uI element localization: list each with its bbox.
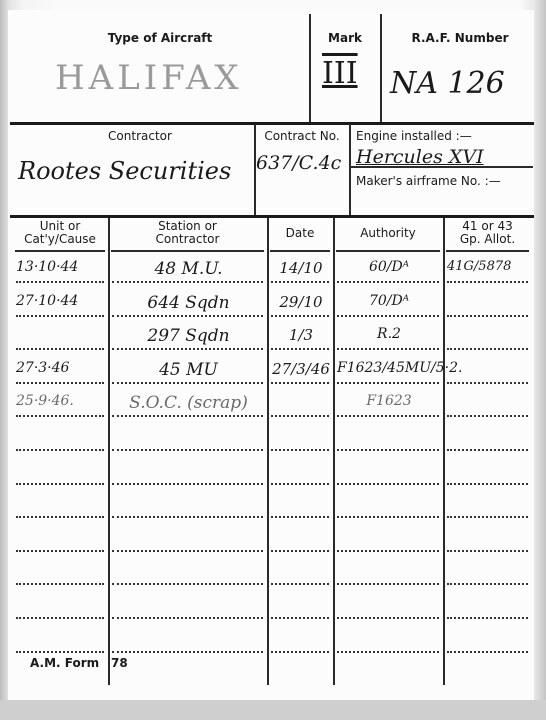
cell-date: 27/3/46 xyxy=(271,360,331,378)
row-dotted-line xyxy=(337,516,439,518)
row-dotted-line xyxy=(447,315,528,317)
column-header-date: Date xyxy=(267,227,333,240)
cell-unit: 27·3·46 xyxy=(16,360,106,376)
column-header-line1: Authority xyxy=(333,227,443,240)
header-underline xyxy=(111,250,264,252)
record-card xyxy=(8,10,534,700)
airframe-no-label: Maker's airframe No. :— xyxy=(356,175,531,188)
mark-label: Mark xyxy=(315,32,375,45)
raf-number-value: NA 126 xyxy=(390,66,505,101)
row-dotted-line xyxy=(271,483,329,485)
row-dotted-line xyxy=(112,382,263,384)
column-header-station: Station orContractor xyxy=(108,220,267,246)
row-dotted-line xyxy=(447,348,528,350)
column-divider xyxy=(443,218,445,685)
row-dotted-line xyxy=(16,315,104,317)
row-dotted-line xyxy=(271,583,329,585)
column-divider xyxy=(333,218,335,685)
cell-unit: 27·10·44 xyxy=(16,293,106,309)
column-header-unit: Unit orCat'y/Cause xyxy=(12,220,108,246)
contract-no-value: 637/C.4c xyxy=(256,152,341,174)
row-dotted-line xyxy=(271,315,329,317)
row-dotted-line xyxy=(16,415,104,417)
header-underline xyxy=(336,250,440,252)
row-dotted-line xyxy=(447,651,528,653)
row-dotted-line xyxy=(112,315,263,317)
row-dotted-line xyxy=(16,651,104,653)
row-dotted-line xyxy=(337,617,439,619)
row-dotted-line xyxy=(16,583,104,585)
row-dotted-line xyxy=(271,651,329,653)
cell-station: 45 MU xyxy=(112,360,265,380)
row-dotted-line xyxy=(271,617,329,619)
row-dotted-line xyxy=(112,617,263,619)
row-dotted-line xyxy=(271,550,329,552)
type-of-aircraft-value: HALIFAX xyxy=(55,58,243,98)
divider-contract-section xyxy=(10,215,534,218)
engine-installed-value: Hercules XVI xyxy=(356,146,484,168)
row-dotted-line xyxy=(16,516,104,518)
row-dotted-line xyxy=(271,415,329,417)
row-dotted-line xyxy=(447,516,528,518)
row-dotted-line xyxy=(112,516,263,518)
column-divider xyxy=(267,218,269,685)
cell-station: 48 M.U. xyxy=(112,259,265,279)
cell-unit: 25·9·46. xyxy=(16,393,106,409)
row-dotted-line xyxy=(337,382,439,384)
row-dotted-line xyxy=(337,315,439,317)
column-header-allotment: 41 or 43Gp. Allot. xyxy=(443,220,532,246)
column-header-line1: Date xyxy=(267,227,333,240)
engine-installed-label: Engine installed :— xyxy=(356,130,531,143)
divider-contract-engine xyxy=(349,124,351,216)
form-name: A.M. Form xyxy=(30,657,110,670)
row-dotted-line xyxy=(447,281,528,283)
column-header-authority: Authority xyxy=(333,227,443,240)
cell-station: 297 Sqdn xyxy=(112,326,265,346)
column-header-line2: Cat'y/Cause xyxy=(12,233,108,246)
cell-authority: 60/Dᴬ xyxy=(337,259,441,275)
cell-unit: 13·10·44 xyxy=(16,259,106,275)
row-dotted-line xyxy=(337,415,439,417)
contractor-label: Contractor xyxy=(40,130,240,143)
row-dotted-line xyxy=(337,550,439,552)
row-dotted-line xyxy=(337,651,439,653)
row-dotted-line xyxy=(112,348,263,350)
cell-authority: F1623/45MU/5·2. xyxy=(337,360,441,376)
cell-date: 29/10 xyxy=(271,293,331,311)
row-dotted-line xyxy=(112,415,263,417)
column-header-line2: Gp. Allot. xyxy=(443,233,532,246)
row-dotted-line xyxy=(271,281,329,283)
row-dotted-line xyxy=(112,651,263,653)
row-dotted-line xyxy=(16,550,104,552)
scan-bottom-edge xyxy=(0,700,546,720)
form-number: 78 xyxy=(111,657,141,670)
row-dotted-line xyxy=(337,348,439,350)
row-dotted-line xyxy=(271,382,329,384)
row-dotted-line xyxy=(16,617,104,619)
divider-mark-raf xyxy=(380,14,382,122)
row-dotted-line xyxy=(112,583,263,585)
row-dotted-line xyxy=(112,449,263,451)
type-of-aircraft-label: Type of Aircraft xyxy=(60,32,260,45)
cell-station: 644 Sqdn xyxy=(112,293,265,313)
contract-no-label: Contract No. xyxy=(256,130,348,143)
raf-number-label: R.A.F. Number xyxy=(390,32,530,45)
cell-station: S.O.C. (scrap) xyxy=(112,393,265,413)
row-dotted-line xyxy=(337,483,439,485)
header-underline xyxy=(15,250,105,252)
row-dotted-line xyxy=(447,583,528,585)
row-dotted-line xyxy=(16,348,104,350)
row-dotted-line xyxy=(271,348,329,350)
row-dotted-line xyxy=(447,449,528,451)
row-dotted-line xyxy=(337,583,439,585)
divider-type-mark xyxy=(309,14,311,122)
row-dotted-line xyxy=(112,281,263,283)
row-dotted-line xyxy=(447,415,528,417)
header-underline xyxy=(270,250,330,252)
cell-authority: 70/Dᴬ xyxy=(337,293,441,309)
row-dotted-line xyxy=(112,483,263,485)
row-dotted-line xyxy=(16,281,104,283)
row-dotted-line xyxy=(337,449,439,451)
cell-date: 1/3 xyxy=(271,326,331,344)
cell-authority: F1623 xyxy=(337,393,441,409)
cell-allotment: 41G/5878 xyxy=(447,259,530,274)
row-dotted-line xyxy=(271,449,329,451)
row-dotted-line xyxy=(112,550,263,552)
row-dotted-line xyxy=(16,382,104,384)
row-dotted-line xyxy=(447,550,528,552)
row-dotted-line xyxy=(271,516,329,518)
row-dotted-line xyxy=(337,281,439,283)
header-underline xyxy=(446,250,529,252)
cell-date: 14/10 xyxy=(271,259,331,277)
mark-value: III xyxy=(322,56,358,91)
column-divider xyxy=(108,218,110,685)
cell-authority: R.2 xyxy=(337,326,441,342)
row-dotted-line xyxy=(447,382,528,384)
column-header-line2: Contractor xyxy=(108,233,267,246)
row-dotted-line xyxy=(447,617,528,619)
row-dotted-line xyxy=(447,483,528,485)
row-dotted-line xyxy=(16,483,104,485)
divider-top-section xyxy=(10,122,534,125)
contractor-value: Rootes Securities xyxy=(18,157,231,185)
divider-engine-airframe xyxy=(350,166,533,168)
row-dotted-line xyxy=(16,449,104,451)
